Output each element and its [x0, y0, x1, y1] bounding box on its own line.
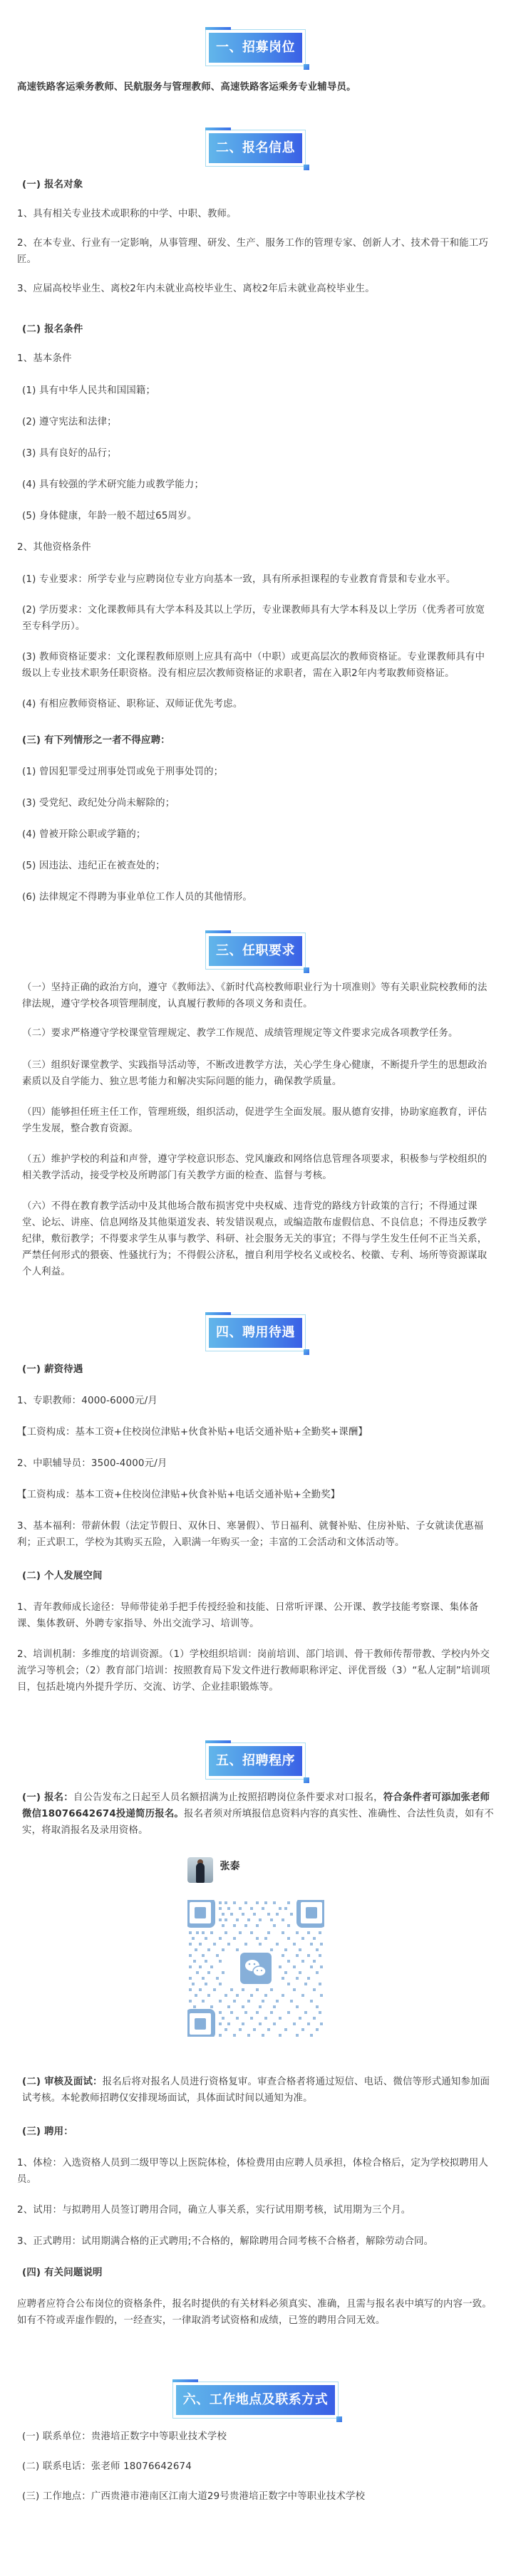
section-title: 六、工作地点及联系方式	[176, 2385, 336, 2415]
section-header-procedure: 五、招聘程序	[0, 1743, 511, 1780]
list-heading: 1、基本条件	[17, 350, 494, 367]
contact-unit: (一) 联系单位：贵港培正数字中等职业技术学校	[17, 2429, 494, 2445]
salary-item: 2、中职辅导员：3500-4000元/月	[17, 1455, 494, 1472]
list-item: （六）不得在教育教学活动中及其他场合散布损害党中央权威、违背党的路线方针政策的言…	[17, 1198, 494, 1280]
list-item: (1) 专业要求：所学专业与应聘岗位专业方向基本一致，具有所承担课程的专业教育背…	[17, 571, 494, 588]
list-item: (5) 因违法、违纪正在被查处的；	[17, 858, 494, 874]
registration-text: 自公告发布之日起至人员名额招满为止按照招聘岗位条件要求对口报名，	[73, 1792, 383, 1803]
section-title: 五、招聘程序	[209, 1746, 302, 1776]
subsection-title: (二) 个人发展空间	[17, 1568, 494, 1584]
list-item: 1、具有相关专业技术或职称的中学、中职、教师。	[17, 206, 494, 222]
list-item: (2) 学历要求：文化课教师具有大学本科及其以上学历，专业课教师具有大学本科及以…	[17, 602, 494, 635]
list-item: 2、在本专业、行业有一定影响，从事管理、研发、生产、服务工作的管理专家、创新人才…	[17, 235, 494, 268]
list-item: 1、青年教师成长途径：导师带徒弟手把手传授经验和技能、日常听评课、公开课、教学技…	[17, 1599, 494, 1632]
contact-phone: (二) 联系电话：张老师 18076642674	[17, 2458, 494, 2475]
review-paragraph: (二) 审核及面试：报名后将对报名人员进行资格复审。审查合格者将通过短信、电话、…	[17, 2074, 494, 2107]
list-item: 2、试用：与拟聘用人员签订聘用合同，确立人事关系，实行试用期考核，试用期为三个月…	[17, 2202, 494, 2218]
list-item: (3) 受党纪、政纪处分尚未解除的；	[17, 795, 494, 811]
list-item: (4) 有相应教师资格证、职称证、双师证优先考虑。	[17, 696, 494, 712]
list-item: (1) 曾因犯罪受过刑事处罚或免于刑事处罚的；	[17, 764, 494, 780]
list-item: （四）能够担任班主任工作，管理班级，组织活动，促进学生全面发展。服从德育安排，协…	[17, 1104, 494, 1137]
subsection-title: (二) 报名条件	[17, 321, 494, 338]
wechat-icon	[240, 1953, 272, 1984]
subsection-title: (三) 聘用：	[17, 2124, 494, 2140]
list-item: （一）坚持正确的政治方向，遵守《教师法》、《新时代高校教师职业行为十项准则》等有…	[17, 980, 494, 1012]
list-item: （二）要求严格遵守学校课堂管理规定、教学工作规范、成绩管理规定等文件要求完成各项…	[17, 1025, 494, 1042]
list-item: (3) 具有良好的品行；	[17, 445, 494, 462]
wechat-qr-card[interactable]: 张泰	[187, 1857, 324, 2037]
list-item: （五）维护学校的利益和声誉，遵守学校意识形态、党风廉政和网络信息管理各项要求，积…	[17, 1151, 494, 1184]
subsection-title: (四) 有关问题说明	[17, 2265, 494, 2281]
section-title: 一、招募岗位	[209, 33, 302, 63]
list-item: 3、应届高校毕业生、离校2年内未就业高校毕业生、离校2年后未就业高校毕业生。	[17, 281, 494, 297]
review-label: (二) 审核及面试：	[22, 2077, 103, 2087]
list-item: 2、培训机制：多维度的培训资源。（1）学校组织培训：岗前培训、部门培训、骨干教师…	[17, 1646, 494, 1695]
subsection-title: (一) 薪资待遇	[17, 1361, 494, 1378]
qr-code[interactable]	[187, 1900, 324, 2037]
positions-text: 高速铁路客运乘务教师、民航服务与管理教师、高速铁路客运乘务专业辅导员。	[17, 79, 494, 95]
list-item: 3、正式聘用：试用期满合格的正式聘用;不合格的，解除聘用合同考核不合格者，解除劳…	[17, 2233, 494, 2250]
work-location: (三) 工作地点：广西贵港市港南区江南大道29号贵港培正数字中等职业技术学校	[17, 2488, 494, 2505]
salary-breakdown: 【工资构成：基本工资+住校岗位津贴+伙食补贴+电话交通补贴+全勤奖】	[17, 1487, 494, 1503]
section-title: 四、聘用待遇	[209, 1318, 302, 1348]
list-item: 1、体检：入选资格人员到二级甲等以上医院体检，体检费用由应聘人员承担，体检合格后…	[17, 2155, 494, 2188]
section-header-registration: 二、报名信息	[0, 130, 511, 167]
subsection-title: (三) 有下列情形之一者不得应聘：	[17, 732, 494, 749]
subsection-title: (一) 报名对象	[17, 177, 494, 193]
qr-contact-name: 张泰	[220, 1857, 240, 1873]
list-item: (5) 身体健康，年龄一般不超过65周岁。	[17, 508, 494, 524]
registration-paragraph: (一) 报名：自公告发布之日起至人员名额招满为止按照招聘岗位条件要求对口报名，符…	[17, 1790, 494, 1839]
avatar	[187, 1857, 213, 1883]
list-item: (3) 教师资格证要求：文化课程教师原则上应具有高中（中职）或更高层次的教师资格…	[17, 649, 494, 682]
list-item: (4) 具有较强的学术研究能力或教学能力；	[17, 477, 494, 493]
section-header-positions: 一、招募岗位	[0, 29, 511, 66]
list-item: (2) 遵守宪法和法律；	[17, 414, 494, 430]
recruitment-article: 一、招募岗位 高速铁路客运乘务教师、民航服务与管理教师、高速铁路客运乘务专业辅导…	[0, 0, 511, 2576]
section-header-benefits: 四、聘用待遇	[0, 1314, 511, 1351]
list-item: (1) 具有中华人民共和国国籍；	[17, 383, 494, 399]
list-item: （三）组织好课堂教学、实践指导活动等，不断改进教学方法，关心学生身心健康，不断提…	[17, 1057, 494, 1090]
qr-code-graphic	[187, 1900, 324, 2037]
registration-label: (一) 报名：	[22, 1792, 73, 1803]
benefits-item: 3、基本福利：带薪休假（法定节假日、双休日、寒暑假）、节日福利、就餐补贴、住房补…	[17, 1518, 494, 1551]
list-item: (6) 法律规定不得聘为事业单位工作人员的其他情形。	[17, 889, 494, 905]
section-header-contact: 六、工作地点及联系方式	[0, 2382, 511, 2419]
notes-text: 应聘者应符合公布岗位的资格条件，报名时提供的有关材料必须真实、准确，且需与报名表…	[17, 2296, 494, 2329]
section-title: 二、报名信息	[209, 133, 302, 163]
salary-item: 1、专职教师：4000-6000元/月	[17, 1393, 494, 1409]
section-header-job-requirements: 三、任职要求	[0, 933, 511, 970]
section-title: 三、任职要求	[209, 936, 302, 966]
list-item: (4) 曾被开除公职或学籍的；	[17, 826, 494, 843]
list-heading: 2、其他资格条件	[17, 539, 494, 556]
salary-breakdown: 【工资构成：基本工资+住校岗位津贴+伙食补贴+电话交通补贴+全勤奖+课酬】	[17, 1424, 494, 1440]
